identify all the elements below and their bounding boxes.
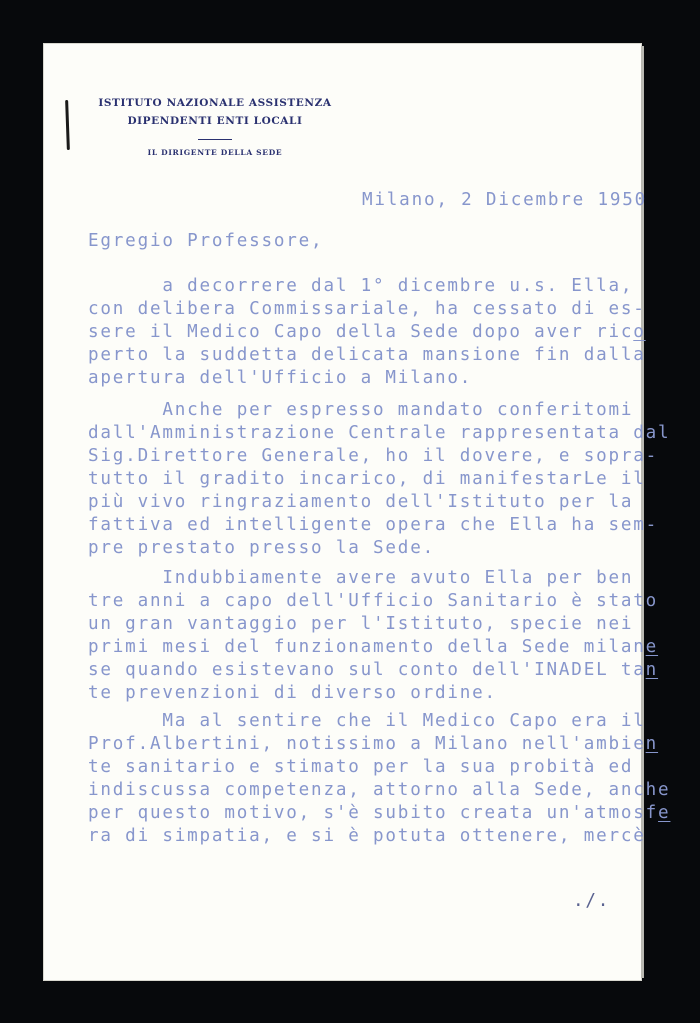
paragraph-2: Anche per espresso mandato conferitomida…	[88, 399, 670, 560]
text-line: Prof.Albertini, notissimo a Milano nell'…	[88, 733, 670, 756]
text-line: primi mesi del funzionamento della Sede …	[88, 636, 658, 659]
text-line: per questo motivo, s'è subito creata un'…	[88, 802, 670, 825]
letterhead-institute-subtitle: DIPENDENTI ENTI LOCALI	[90, 114, 340, 128]
text-line: ra di simpatia, e si è potuta ottenere, …	[88, 825, 670, 848]
letter-date: Milano, 2 Dicembre 1950	[362, 189, 647, 212]
letterhead-office: IL DIRIGENTE DELLA SEDE	[90, 148, 340, 158]
text-line: Anche per espresso mandato conferitomi	[88, 399, 670, 422]
paragraph-4: Ma al sentire che il Medico Capo era ilP…	[88, 710, 670, 848]
text-line: te sanitario e stimato per la sua probit…	[88, 756, 670, 779]
paragraph-1: a decorrere dal 1° dicembre u.s. Ella,co…	[88, 275, 646, 390]
underlined-letter: o	[633, 322, 645, 342]
letterhead-institute-name: ISTITUTO NAZIONALE ASSISTENZA	[90, 96, 340, 110]
text-line: più vivo ringraziamento dell'Istituto pe…	[88, 491, 670, 514]
letterhead-divider	[198, 139, 232, 140]
text-line: tutto il gradito incarico, di manifestar…	[88, 468, 670, 491]
text-line: un gran vantaggio per l'Istituto, specie…	[88, 613, 658, 636]
text-line: a decorrere dal 1° dicembre u.s. Ella,	[88, 275, 646, 298]
text-line: Sig.Direttore Generale, ho il dovere, e …	[88, 445, 670, 468]
underlined-letter: n	[646, 660, 658, 680]
text-line: apertura dell'Ufficio a Milano.	[88, 367, 646, 390]
text-line: fattiva ed intelligente opera che Ella h…	[88, 514, 670, 537]
text-line: perto la suddetta delicata mansione fin …	[88, 344, 646, 367]
letterhead: ISTITUTO NAZIONALE ASSISTENZA DIPENDENTI…	[90, 96, 340, 158]
underlined-letter: e	[658, 803, 670, 823]
text-line: se quando esistevano sul conto dell'INAD…	[88, 659, 658, 682]
text-line: indiscussa competenza, attorno alla Sede…	[88, 779, 670, 802]
text-line: Ma al sentire che il Medico Capo era il	[88, 710, 670, 733]
text-line: dall'Amministrazione Centrale rappresent…	[88, 422, 670, 445]
text-line: sere il Medico Capo della Sede dopo aver…	[88, 321, 646, 344]
paragraph-3: Indubbiamente avere avuto Ella per bentr…	[88, 567, 658, 705]
underlined-letter: n	[646, 734, 658, 754]
text-line: tre anni a capo dell'Ufficio Sanitario è…	[88, 590, 658, 613]
continuation-mark: ./.	[573, 890, 610, 913]
text-line: con delibera Commissariale, ha cessato d…	[88, 298, 646, 321]
underlined-letter: e	[646, 637, 658, 657]
text-line: Indubbiamente avere avuto Ella per ben	[88, 567, 658, 590]
text-line: pre prestato presso la Sede.	[88, 537, 670, 560]
text-line: te prevenzioni di diverso ordine.	[88, 682, 658, 705]
letter-salutation: Egregio Professore,	[88, 230, 323, 253]
